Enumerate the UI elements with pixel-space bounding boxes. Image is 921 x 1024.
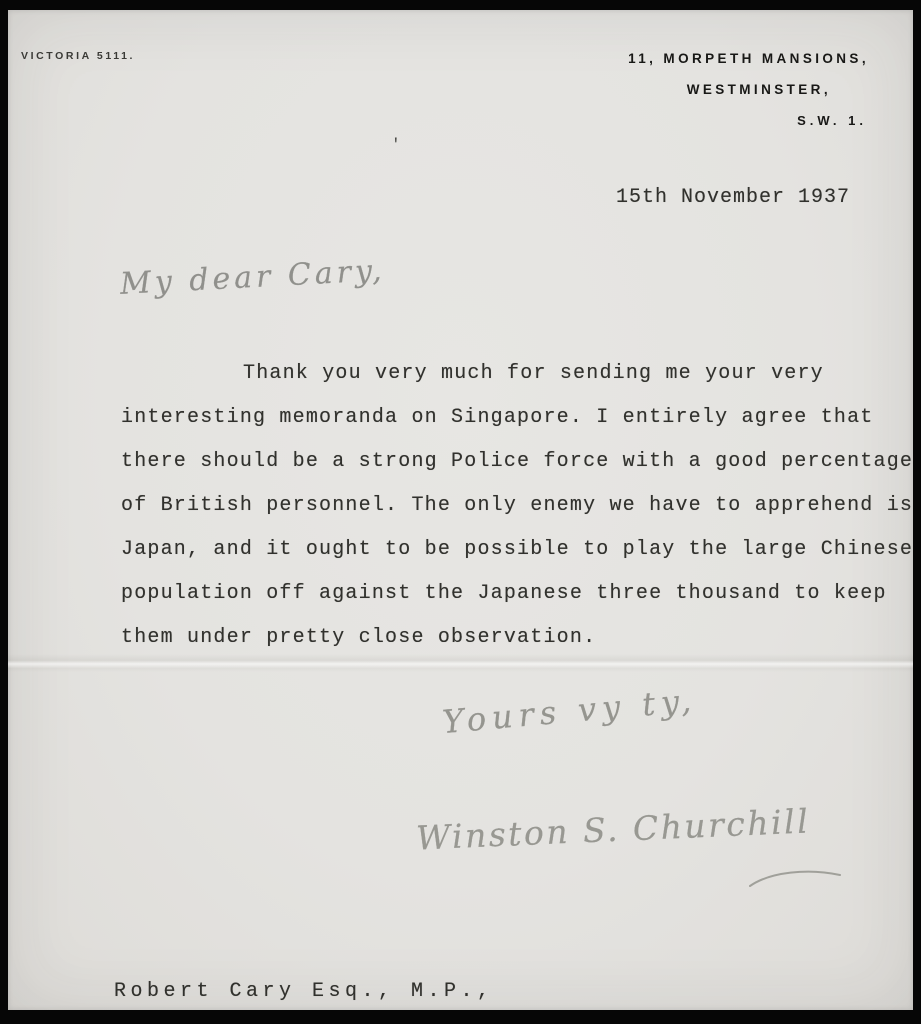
paper-fold-crease	[8, 654, 913, 672]
letterhead-address-line1: 11, MORPETH MANSIONS,	[628, 51, 869, 66]
letterhead-phone: VICTORIA 5111.	[21, 50, 135, 62]
body-line: Japan, and it ought to be possible to pl…	[121, 538, 913, 561]
body-line: of British personnel. The only enemy we …	[121, 494, 913, 517]
body-line: population off against the Japanese thre…	[121, 582, 887, 605]
date-line: 15th November 1937	[616, 186, 850, 209]
handwritten-signature: Winston S. Churchill	[415, 801, 811, 857]
letterhead-address-line3: S.W. 1.	[797, 113, 867, 128]
letterhead-address-line2: WESTMINSTER,	[687, 82, 831, 97]
recipient-line: Robert Cary Esq., M.P.,	[114, 980, 494, 1003]
handwritten-salutation: My dear Cary,	[119, 253, 386, 302]
handwritten-closing: Yours vy ty,	[441, 681, 699, 741]
signature-flourish	[748, 866, 844, 896]
body-line: interesting memoranda on Singapore. I en…	[121, 406, 874, 429]
stray-apostrophe-mark: '	[391, 136, 401, 154]
letter-page: VICTORIA 5111. 11, MORPETH MANSIONS, WES…	[8, 10, 913, 1010]
body-line: Thank you very much for sending me your …	[243, 362, 824, 385]
body-line: there should be a strong Police force wi…	[121, 450, 913, 473]
body-line: them under pretty close observation.	[121, 626, 596, 649]
